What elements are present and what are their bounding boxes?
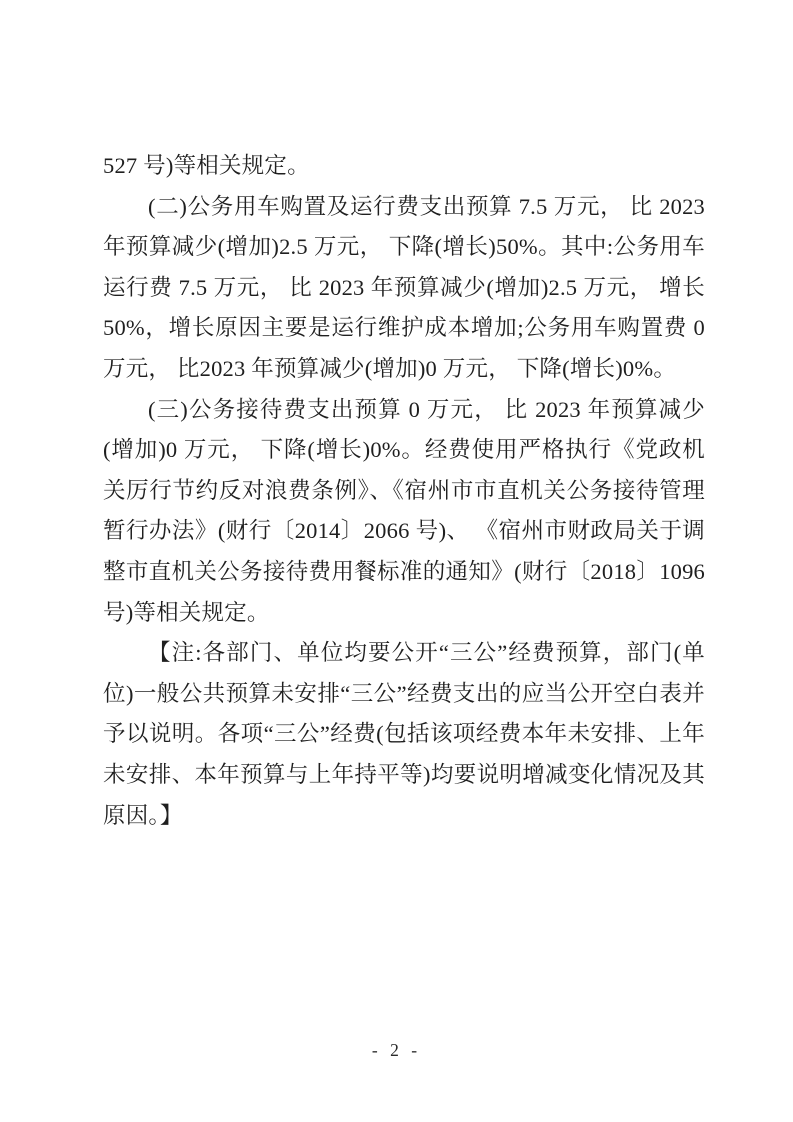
paragraph-1: 527 号)等相关规定。 <box>103 146 705 187</box>
document-body: 527 号)等相关规定。(二)公务用车购置及运行费支出预算 7.5 万元， 比 … <box>103 146 705 836</box>
page-number: - 2 - <box>0 1040 793 1061</box>
document-page: 527 号)等相关规定。(二)公务用车购置及运行费支出预算 7.5 万元， 比 … <box>0 0 793 1122</box>
paragraph-3: (三)公务接待费支出预算 0 万元， 比 2023 年预算减少 (增加)0 万元… <box>103 390 705 634</box>
paragraph-2: (二)公务用车购置及运行费支出预算 7.5 万元， 比 2023 年预算减少(增… <box>103 187 705 390</box>
paragraph-4: 【注:各部门、单位均要公开“三公”经费预算，部门(单位)一般公共预算未安排“三公… <box>103 633 705 836</box>
